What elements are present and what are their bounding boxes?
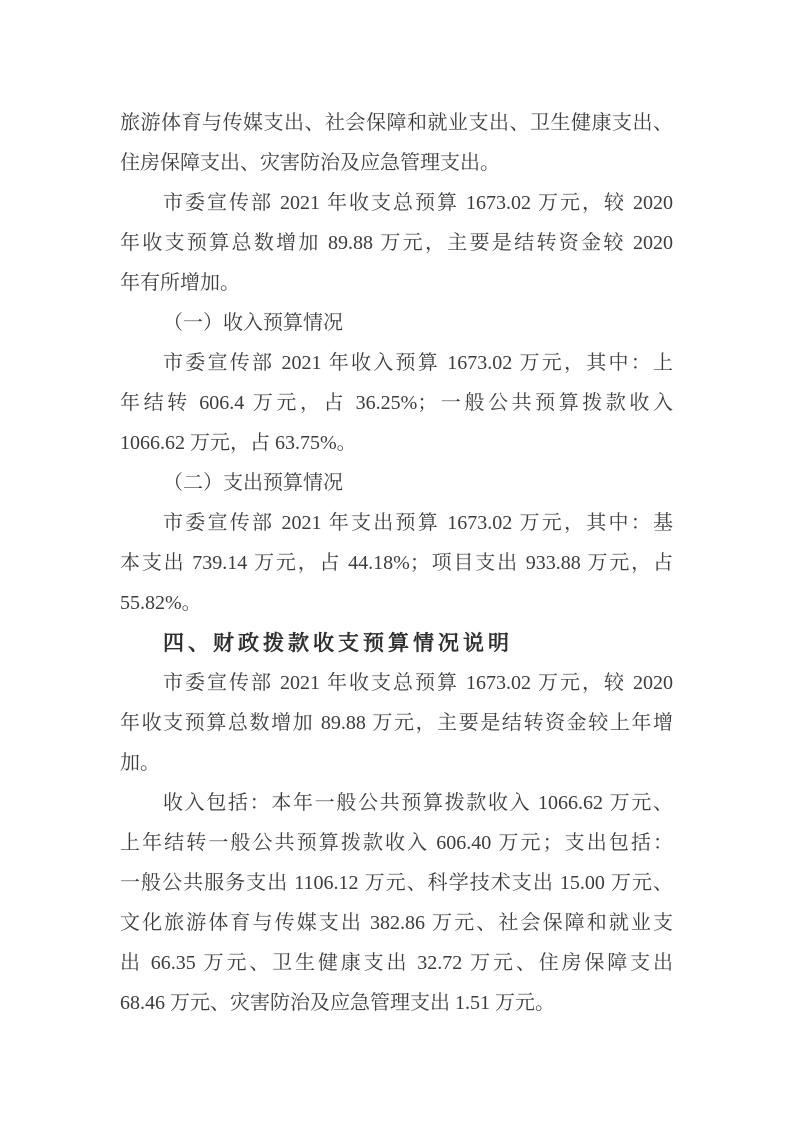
text-line-19: 上年结转一般公共预算拨款收入 606.40 万元；支出包括： [120, 823, 673, 863]
text-line-10: （二）支出预算情况 [120, 463, 673, 503]
text-line-16: 年收支预算总数增加 89.88 万元，主要是结转资金较上年增 [120, 703, 673, 743]
section-heading: 四、财政拨款收支预算情况说明 [120, 623, 673, 663]
document-text: 旅游体育与传媒支出、社会保障和就业支出、卫生健康支出、住房保障支出、灾害防治及应… [120, 103, 673, 1023]
text-line-11: 市委宣传部 2021 年支出预算 1673.02 万元，其中：基 [120, 503, 673, 543]
text-line-2: 住房保障支出、灾害防治及应急管理支出。 [120, 143, 673, 183]
document-page: 旅游体育与传媒支出、社会保障和就业支出、卫生健康支出、住房保障支出、灾害防治及应… [0, 0, 793, 1122]
text-line-5: 年有所增加。 [120, 263, 673, 303]
text-line-12: 本支出 739.14 万元，占 44.18%；项目支出 933.88 万元，占 [120, 543, 673, 583]
text-line-18: 收入包括：本年一般公共预算拨款收入 1066.62 万元、 [120, 783, 673, 823]
text-line-8: 年结转 606.4 万元，占 36.25%；一般公共预算拨款收入 [120, 383, 673, 423]
text-line-4: 年收支预算总数增加 89.88 万元，主要是结转资金较 2020 [120, 223, 673, 263]
text-line-6: （一）收入预算情况 [120, 303, 673, 343]
text-line-3: 市委宣传部 2021 年收支总预算 1673.02 万元，较 2020 [120, 183, 673, 223]
text-line-20: 一般公共服务支出 1106.12 万元、科学技术支出 15.00 万元、 [120, 863, 673, 903]
text-line-1: 旅游体育与传媒支出、社会保障和就业支出、卫生健康支出、 [120, 103, 673, 143]
text-line-21: 文化旅游体育与传媒支出 382.86 万元、社会保障和就业支 [120, 903, 673, 943]
text-line-22: 出 66.35 万元、卫生健康支出 32.72 万元、住房保障支出 [120, 943, 673, 983]
text-line-7: 市委宣传部 2021 年收入预算 1673.02 万元，其中：上 [120, 343, 673, 383]
text-line-23: 68.46 万元、灾害防治及应急管理支出 1.51 万元。 [120, 983, 673, 1023]
text-line-15: 市委宣传部 2021 年收支总预算 1673.02 万元，较 2020 [120, 663, 673, 703]
text-line-9: 1066.62 万元，占 63.75%。 [120, 423, 673, 463]
text-line-13: 55.82%。 [120, 583, 673, 623]
text-line-17: 加。 [120, 743, 673, 783]
